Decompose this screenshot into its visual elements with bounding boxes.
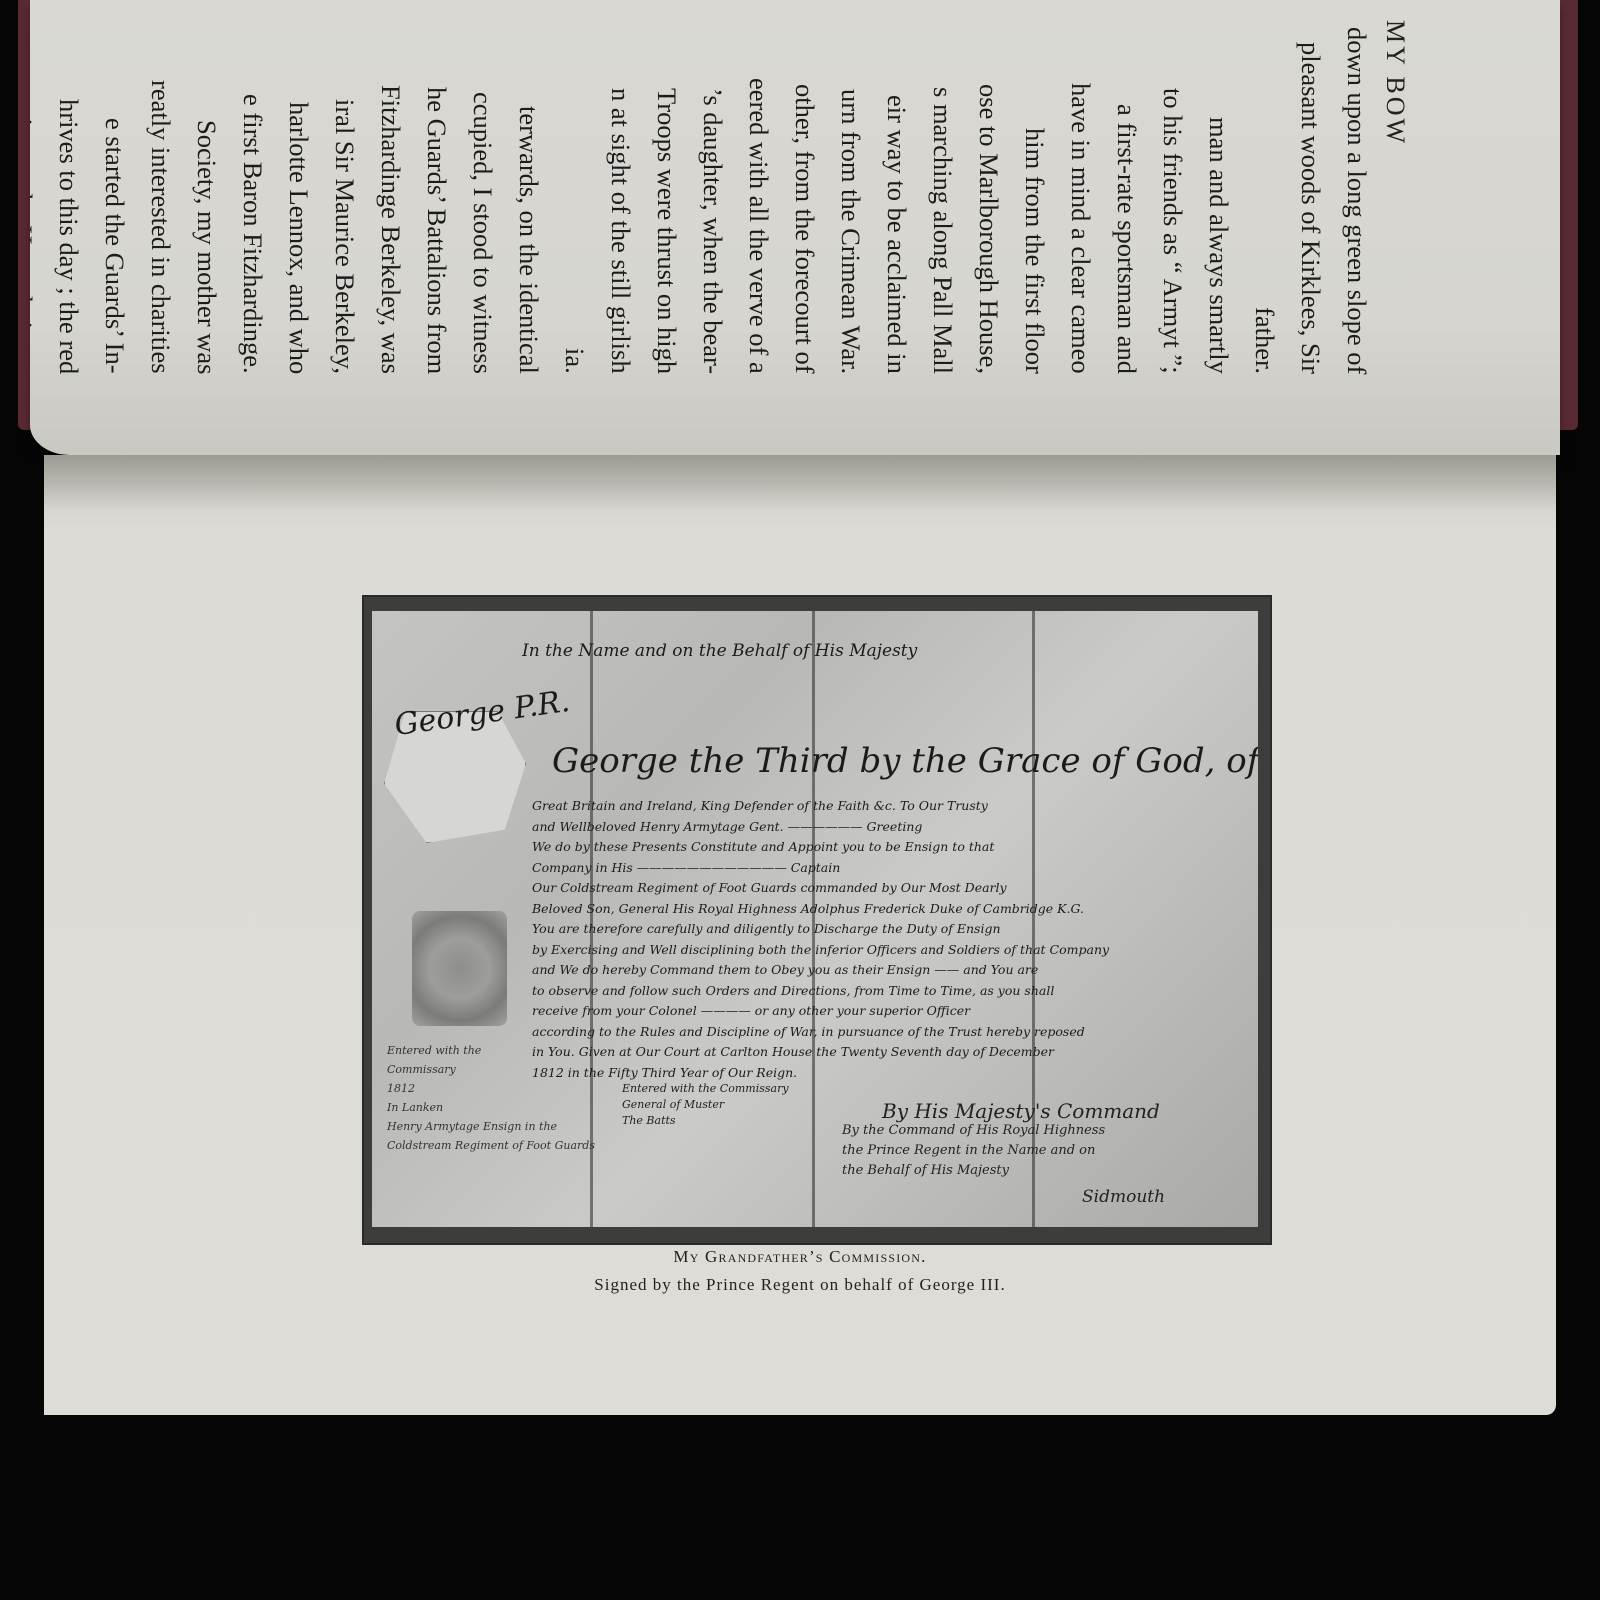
text-line: Troops were thrust on high	[644, 0, 690, 374]
document-line: according to the Rules and Discipline of…	[532, 1022, 1109, 1043]
running-head: MY BOW	[1380, 20, 1410, 146]
document-line: Company in His ———————————— Captain	[532, 858, 1109, 879]
minister-signature: Sidmouth	[1082, 1187, 1165, 1207]
upper-page: MY BOW down upon a long green slope of p…	[30, 0, 1560, 455]
text-line: hrives to this day ; the red	[46, 0, 92, 374]
plate-caption-subtitle: Signed by the Prince Regent on behalf of…	[44, 1275, 1556, 1295]
margin-note-line: In Lanken	[387, 1098, 595, 1117]
text-line: him from the first floor	[1012, 0, 1058, 374]
document-line: 1812 in the Fifty Third Year of Our Reig…	[532, 1063, 1109, 1084]
text-line: pleasant woods of Kirklees, Sir	[1288, 0, 1334, 374]
text-line: down upon a long green slope of	[1334, 0, 1380, 374]
command-line: the Behalf of His Majesty	[842, 1161, 1165, 1181]
document-line: We do by these Presents Constitute and A…	[532, 837, 1109, 858]
margin-note-line: Entered with the	[387, 1041, 595, 1060]
text-line: ’s daughter, when the bear-	[690, 0, 736, 374]
command-line: By the Command of His Royal Highness	[842, 1121, 1165, 1141]
text-line: father.	[1242, 0, 1288, 374]
text-line: terwards, on the identical	[506, 0, 552, 374]
upper-page-text: down upon a long green slope of pleasant…	[30, 0, 1380, 374]
text-line: a first-rate sportsman and	[1104, 0, 1150, 374]
plate-caption-title: My Grandfather’s Commission.	[44, 1247, 1556, 1267]
command-block: By His Majesty's Command By the Command …	[842, 1101, 1165, 1207]
text-line: Society, my mother was	[184, 0, 230, 374]
muster-note: Entered with the Commissary General of M…	[622, 1081, 789, 1129]
margin-note-line: Henry Armytage Ensign in the	[387, 1117, 595, 1136]
document-line: in You. Given at Our Court at Carlton Ho…	[532, 1042, 1109, 1063]
text-line: to his friends as “ Armyt ”;	[1150, 0, 1196, 374]
margin-note: Entered with the Commissary 1812 In Lank…	[387, 1041, 595, 1155]
text-line: have in mind a clear cameo	[1058, 0, 1104, 374]
document-line: You are therefore carefully and diligent…	[532, 919, 1109, 940]
margin-note-line: Coldstream Regiment of Foot Guards	[387, 1136, 595, 1155]
document-line: Our Coldstream Regiment of Foot Guards c…	[532, 878, 1109, 899]
text-line: eered with all the verve of a	[736, 0, 782, 374]
margin-note-line: Commissary	[387, 1060, 595, 1079]
muster-note-line: Entered with the Commissary	[622, 1081, 789, 1097]
command-title: By His Majesty's Command	[882, 1101, 1165, 1121]
text-line: s marching along Pall Mall	[920, 0, 966, 374]
text-line: ccupied, I stood to witness	[460, 0, 506, 374]
document-line: Beloved Son, General His Royal Highness …	[532, 899, 1109, 920]
document-body: Great Britain and Ireland, King Defender…	[532, 796, 1109, 1083]
embossed-seal	[412, 911, 507, 1026]
muster-note-line: General of Muster	[622, 1097, 789, 1113]
commission-document: In the Name and on the Behalf of His Maj…	[372, 611, 1258, 1227]
text-line: eir way to be acclaimed in	[874, 0, 920, 374]
document-heading: In the Name and on the Behalf of His Maj…	[522, 641, 917, 661]
text-line: reatly interested in charities	[138, 0, 184, 374]
text-line: man and always smartly	[1196, 0, 1242, 374]
text-line: urn from the Crimean War.	[828, 0, 874, 374]
document-line: Great Britain and Ireland, King Defender…	[532, 796, 1109, 817]
text-line: n at sight of the still girlish	[598, 0, 644, 374]
gutter-shadow	[44, 455, 1556, 510]
command-line: the Prince Regent in the Name and on	[842, 1141, 1165, 1161]
document-line: by Exercising and Well disciplining both…	[532, 940, 1109, 961]
document-line: and Wellbeloved Henry Armytage Gent. ———…	[532, 817, 1109, 838]
muster-note-line: The Batts	[622, 1113, 789, 1129]
text-line: harlotte Lennox, and who	[276, 0, 322, 374]
text-line: he Guards’ Battalions from	[414, 0, 460, 374]
text-line: iral Sir Maurice Berkeley,	[322, 0, 368, 374]
text-line: ia.	[552, 0, 598, 374]
commission-photograph: In the Name and on the Behalf of His Maj…	[362, 595, 1272, 1245]
document-line: and We do hereby Command them to Obey yo…	[532, 960, 1109, 981]
text-line: ose to Marlborough House,	[966, 0, 1012, 374]
lower-page: In the Name and on the Behalf of His Maj…	[44, 455, 1556, 1415]
text-line: Fitzhardinge Berkeley, was	[368, 0, 414, 374]
document-opening: George the Third by the Grace of God, of…	[552, 741, 1258, 781]
text-line: other, from the forecourt of	[782, 0, 828, 374]
margin-note-line: 1812	[387, 1079, 595, 1098]
text-line: e first Baron Fitzhardinge.	[230, 0, 276, 374]
text-line: e started the Guards’ In-	[92, 0, 138, 374]
document-line: to observe and follow such Orders and Di…	[532, 981, 1109, 1002]
text-line: nging to the Home being a	[30, 0, 46, 374]
document-line: receive from your Colonel ———— or any ot…	[532, 1001, 1109, 1022]
